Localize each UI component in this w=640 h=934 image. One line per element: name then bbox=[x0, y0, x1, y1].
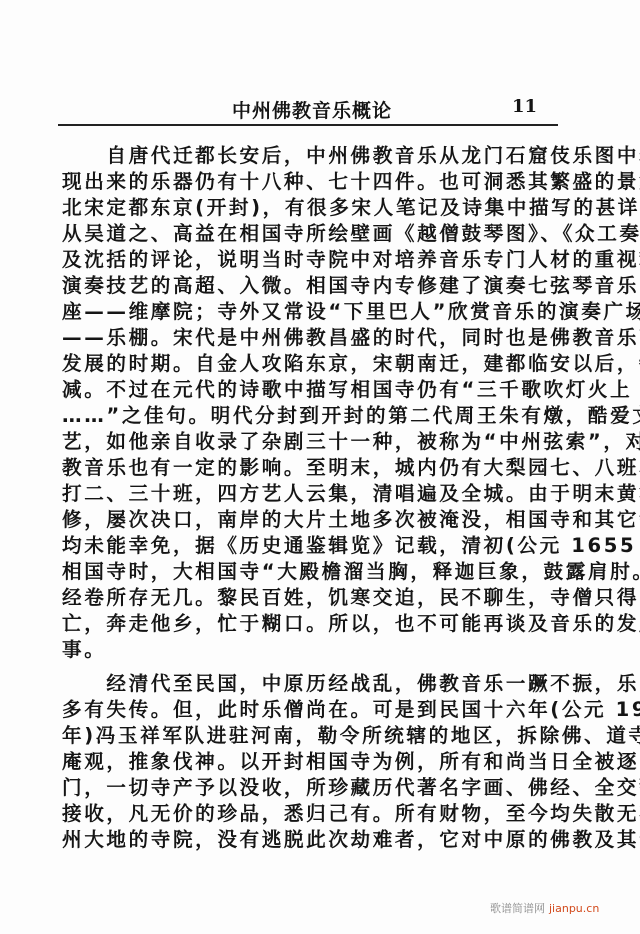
text-line: 修，屡次决口，南岸的大片土地多次被淹没，相国寺和其它寺院 bbox=[62, 507, 562, 533]
text-line: 均未能幸免，据《历史通鉴辑览》记载，清初(公元 1655 年)重修 bbox=[62, 533, 562, 559]
text-line: 现出来的乐器仍有十八种、七十四件。也可洞悉其繁盛的景象。 bbox=[62, 169, 562, 195]
watermark-text: 歌谱简谱网 bbox=[490, 902, 545, 915]
text-line: 自唐代迁都长安后，中州佛教音乐从龙门石窟伎乐图中表 bbox=[62, 143, 562, 169]
text-line: ——乐棚。宋代是中州佛教昌盛的时代，同时也是佛教音乐高度 bbox=[62, 325, 562, 351]
paragraph-gap bbox=[62, 663, 562, 671]
header-rule bbox=[58, 124, 558, 126]
text-line: 演奏技艺的高超、入微。相国寺内专修建了演奏七弦琴音乐的雅 bbox=[62, 273, 562, 299]
text-line: 教音乐也有一定的影响。至明末，城内仍有大梨园七、八班、小吹 bbox=[62, 455, 562, 481]
text-line: ……”之佳句。明代分封到开封的第二代周王朱有燉，酷爱文 bbox=[62, 403, 562, 429]
page-number: 11 bbox=[512, 96, 537, 117]
text-line: 从吴道之、高益在相国寺所绘壁画《越僧鼓琴图》、《众工奏乐图》 bbox=[62, 221, 562, 247]
running-header-title: 中州佛教音乐概论 bbox=[232, 96, 392, 123]
text-line: 经清代至民国，中原历经战乱，佛教音乐一蹶不振，乐曲也 bbox=[62, 671, 562, 697]
text-line: 接收，凡无价的珍品，悉归己有。所有财物，至今均失散无存。中 bbox=[62, 801, 562, 827]
watermark: 歌谱简谱网jianpu.cn bbox=[490, 900, 599, 916]
text-line: 艺，如他亲自收录了杂剧三十一种，被称为“中州弦索”，对于佛 bbox=[62, 429, 562, 455]
body-text: 自唐代迁都长安后，中州佛教音乐从龙门石窟伎乐图中表 现出来的乐器仍有十八种、七十… bbox=[62, 143, 562, 853]
text-line: 州大地的寺院，没有逃脱此次劫难者，它对中原的佛教及其音乐 bbox=[62, 827, 562, 853]
text-line: 发展的时期。自金人攻陷东京，宋朝南迁，建都临安以后，锐气大 bbox=[62, 351, 562, 377]
paragraph: 经清代至民国，中原历经战乱，佛教音乐一蹶不振，乐曲也 多有失传。但，此时乐僧尚在… bbox=[62, 671, 562, 853]
text-line: 北宋定都东京(开封)，有很多宋人笔记及诗集中描写的甚详，再 bbox=[62, 195, 562, 221]
text-line: 年)冯玉祥军队进驻河南，勒令所统辖的地区，拆除佛、道寺庙、 bbox=[62, 723, 562, 749]
watermark-brand: jianpu.cn bbox=[549, 902, 599, 915]
text-line: 多有失传。但，此时乐僧尚在。可是到民国十六年(公元 1927 bbox=[62, 697, 562, 723]
text-line: 打二、三十班，四方艺人云集，清唱遍及全城。由于明末黄河失 bbox=[62, 481, 562, 507]
text-line: 经卷所存无几。黎民百姓，饥寒交迫，民不聊生，寺僧只得四处逃 bbox=[62, 585, 562, 611]
text-line: 座——维摩院；寺外又常设“下里巴人”欣赏音乐的演奏广场 bbox=[62, 299, 562, 325]
text-line: 及沈括的评论，说明当时寺院中对培养音乐专门人材的重视和 bbox=[62, 247, 562, 273]
paragraph: 自唐代迁都长安后，中州佛教音乐从龙门石窟伎乐图中表 现出来的乐器仍有十八种、七十… bbox=[62, 143, 562, 663]
text-line: 事。 bbox=[62, 637, 562, 663]
text-line: 相国寺时，大相国寺“大殿檐溜当胸，释迦巨象，鼓露肩肘。”其它 bbox=[62, 559, 562, 585]
text-line: 门，一切寺产予以没收，所珍藏历代著名字画、佛经、全交警察局 bbox=[62, 775, 562, 801]
text-line: 庵观，推象伐神。以开封相国寺为例，所有和尚当日全被逐出寺 bbox=[62, 749, 562, 775]
text-line: 减。不过在元代的诗歌中描写相国寺仍有“三千歌吹灯火上 bbox=[62, 377, 562, 403]
text-line: 亡，奔走他乡，忙于糊口。所以，也不可能再谈及音乐的发展之 bbox=[62, 611, 562, 637]
